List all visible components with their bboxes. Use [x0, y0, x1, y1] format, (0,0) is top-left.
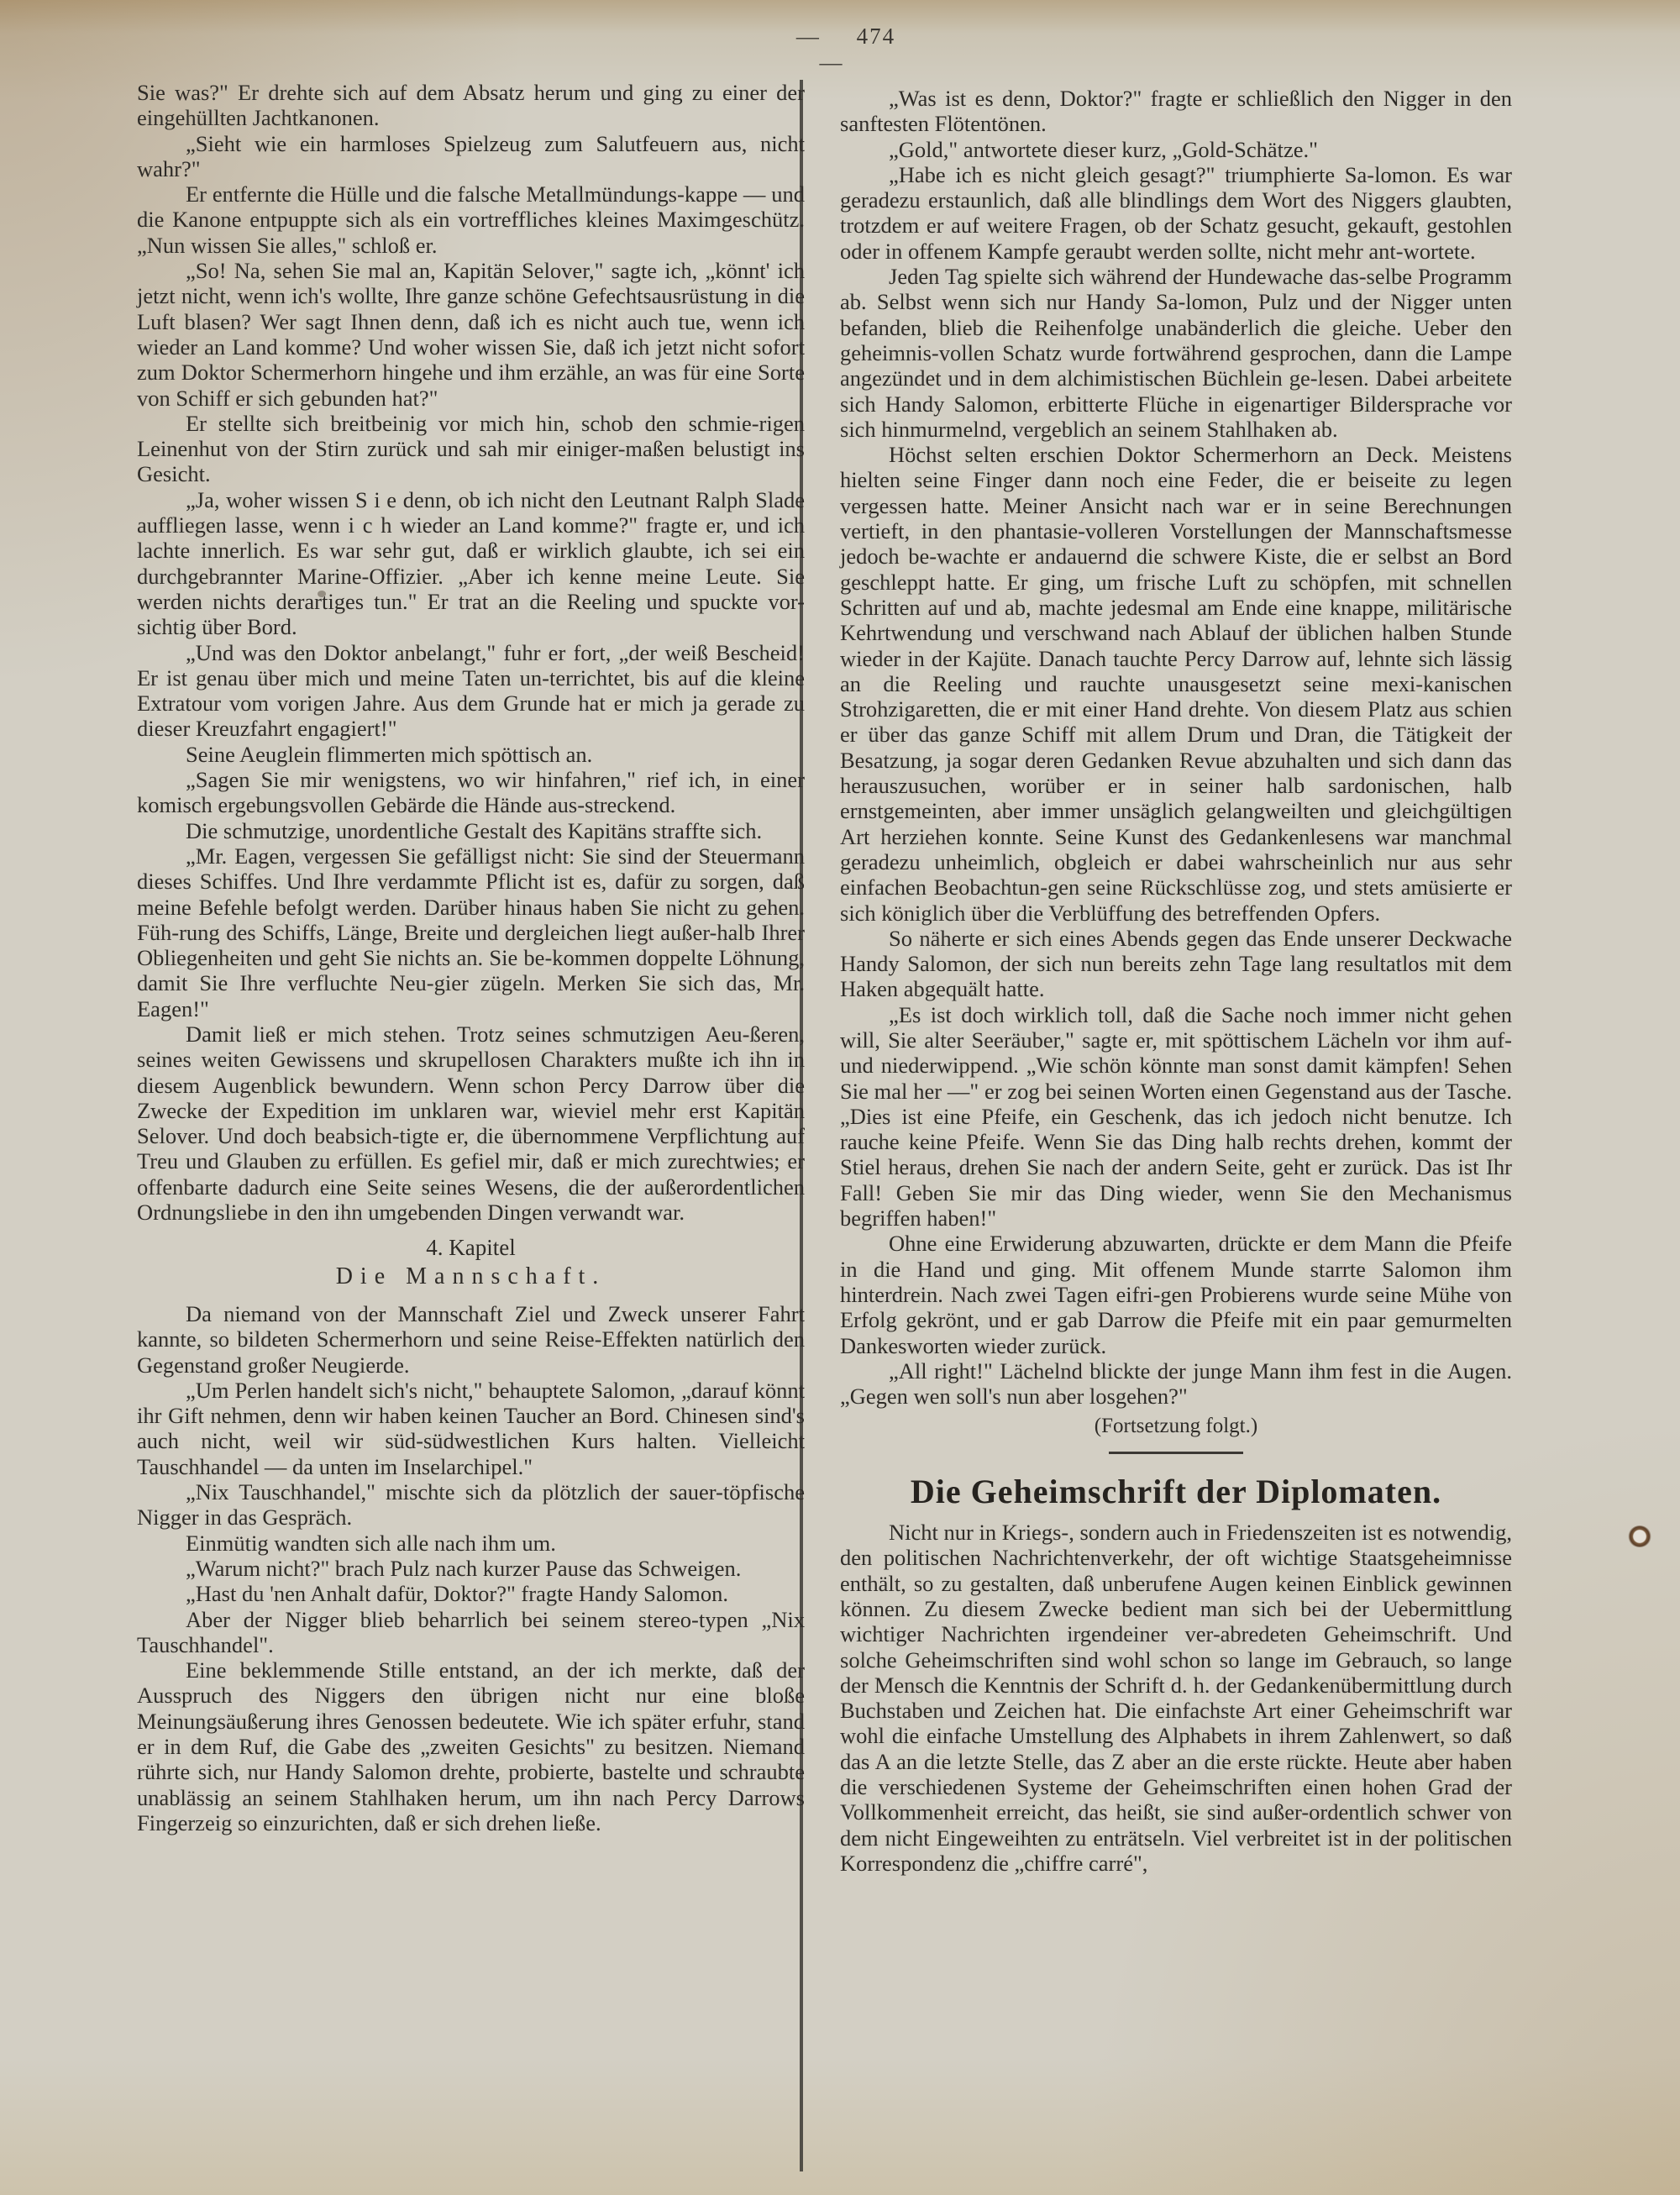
- paragraph: Einmütig wandten sich alle nach ihm um.: [137, 1531, 805, 1556]
- article-title: Die Geheimschrift der Diplomaten.: [840, 1479, 1512, 1504]
- left-column: Sie was?" Er drehte sich auf dem Absatz …: [137, 80, 805, 1835]
- paragraph: Ohne eine Erwiderung abzuwarten, drückte…: [840, 1231, 1512, 1357]
- paragraph: Jeden Tag spielte sich während der Hunde…: [840, 264, 1512, 442]
- paragraph: Sie was?" Er drehte sich auf dem Absatz …: [137, 80, 805, 131]
- paragraph: „Nix Tauschhandel," mischte sich da plöt…: [137, 1479, 805, 1531]
- paragraph: Damit ließ er mich stehen. Trotz seines …: [137, 1021, 805, 1225]
- paragraph: „Sieht wie ein harmloses Spielzeug zum S…: [137, 131, 805, 182]
- right-column: „Was ist es denn, Doktor?" fragte er sch…: [840, 86, 1512, 1876]
- paragraph: Höchst selten erschien Doktor Schermerho…: [840, 442, 1512, 926]
- paragraph: „Um Perlen handelt sich's nicht," behaup…: [137, 1378, 805, 1479]
- paragraph: „All right!" Lächelnd blickte der junge …: [840, 1358, 1512, 1410]
- paragraph: „Mr. Eagen, vergessen Sie gefälligst nic…: [137, 843, 805, 1021]
- section-separator-rule: [1109, 1452, 1243, 1454]
- paragraph: Er entfernte die Hülle und die falsche M…: [137, 181, 805, 258]
- continuation-note: (Fortsetzung folgt.): [840, 1414, 1512, 1439]
- paragraph: Nicht nur in Kriegs-, sondern auch in Fr…: [840, 1520, 1512, 1876]
- paragraph: Die schmutzige, unordentliche Gestalt de…: [137, 818, 805, 843]
- folio-dash-right: —: [820, 50, 844, 76]
- chapter-title: Die Mannschaft.: [137, 1264, 805, 1289]
- paragraph: Seine Aeuglein flimmerten mich spöttisch…: [137, 742, 805, 767]
- paragraph: „Und was den Doktor anbelangt," fuhr er …: [137, 640, 805, 742]
- paragraph: „Ja, woher wissen S i e denn, ob ich nic…: [137, 487, 805, 640]
- paragraph: Eine beklemmende Stille entstand, an der…: [137, 1657, 805, 1835]
- paragraph: „Warum nicht?" brach Pulz nach kurzer Pa…: [137, 1556, 805, 1581]
- paragraph: „Es ist doch wirklich toll, daß die Sach…: [840, 1002, 1512, 1231]
- paper-stain: [1628, 1525, 1651, 1547]
- paragraph: „Sagen Sie mir wenigstens, wo wir hinfah…: [137, 767, 805, 818]
- paragraph: „So! Na, sehen Sie mal an, Kapitän Selov…: [137, 258, 805, 411]
- newspaper-page: — 474 — Sie was?" Er drehte sich auf dem…: [0, 0, 1680, 2195]
- folio-dash-left: —: [796, 24, 821, 50]
- paragraph: „Habe ich es nicht gleich gesagt?" trium…: [840, 162, 1512, 264]
- chapter-number: 4. Kapitel: [137, 1235, 805, 1260]
- paragraph: „Gold," antwortete dieser kurz, „Gold-Sc…: [840, 137, 1512, 162]
- page-number: 474: [857, 24, 896, 49]
- paragraph: Da niemand von der Mannschaft Ziel und Z…: [137, 1301, 805, 1378]
- paragraph: So näherte er sich eines Abends gegen da…: [840, 926, 1512, 1002]
- paragraph: „Was ist es denn, Doktor?" fragte er sch…: [840, 86, 1512, 137]
- paragraph: Aber der Nigger blieb beharrlich bei sei…: [137, 1607, 805, 1658]
- paragraph: „Hast du 'nen Anhalt dafür, Doktor?" fra…: [137, 1581, 805, 1606]
- ink-spot: [318, 591, 326, 597]
- page-header: — 474 —: [731, 24, 932, 76]
- paragraph: Er stellte sich breitbeinig vor mich hin…: [137, 411, 805, 487]
